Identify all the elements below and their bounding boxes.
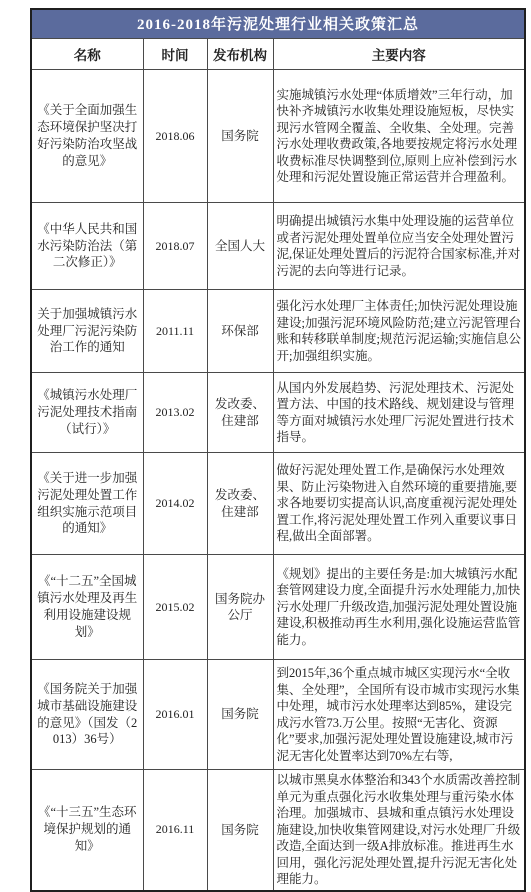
column-header-content: 主要内容: [273, 39, 525, 70]
policy-agency-cell: 国务院: [207, 70, 273, 203]
policy-time-cell: 2018.07: [143, 203, 207, 290]
policy-content-cell: 从国内外发展趋势、污泥处理技术、污泥处置方法、中国的技术路线、规划建设与管理等方…: [273, 373, 525, 453]
policy-content-cell: 以城市黑臭水体整治和343个水质需改善控制单元为重点强化污水收集处理与重污染水体…: [273, 770, 525, 891]
policy-name-cell: 《城镇污水处理厂污泥处理技术指南（试行）》: [31, 373, 143, 453]
policy-name-cell: 《关于进一步加强污泥处理处置工作组织实施示范项目的通知》: [31, 453, 143, 555]
policy-content-cell: 到2015年,36个重点城市城区实现污水“全收集、全处理”，全国所有设市城市实现…: [273, 660, 525, 770]
table-head: 2016-2018年污泥处理行业相关政策汇总 名称 时间 发布机构 主要内容: [31, 9, 525, 70]
policy-agency-cell: 发改委、住建部: [207, 453, 273, 555]
table-row: 《“十三五”生态环境保护规划的通知》2016.11国务院以城市黑臭水体整治和34…: [31, 770, 525, 891]
policy-agency-cell: 全国人大: [207, 203, 273, 290]
policy-name-cell: 《关于全面加强生态环境保护坚决打好污染防治攻坚战的意见》: [31, 70, 143, 203]
policy-content-cell: 做好污泥处理处置工作,是确保污水处理效果、防止污染物进入自然环境的重要措施,要求…: [273, 453, 525, 555]
policy-agency-cell: 环保部: [207, 290, 273, 373]
policy-time-cell: 2014.02: [143, 453, 207, 555]
policy-content-cell: 明确提出城镇污水集中处理设施的运营单位或者污泥处理处置单位应当安全处理处置污泥,…: [273, 203, 525, 290]
policy-content-cell: 《规划》提出的主要任务是:加大城镇污水配套管网建设力度,全面提升污水处理能力,加…: [273, 555, 525, 660]
table-row: 《“十二五”全国城镇污水处理及再生利用设施建设规划》2015.02国务院办公厅《…: [31, 555, 525, 660]
header-row: 名称 时间 发布机构 主要内容: [31, 39, 525, 70]
policy-name-cell: 关于加强城镇污水处理厂污泥污染防治工作的通知: [31, 290, 143, 373]
policy-agency-cell: 国务院: [207, 770, 273, 891]
column-header-name: 名称: [31, 39, 143, 70]
policy-name-cell: 《中华人民共和国水污染防治法（第二次修正）》: [31, 203, 143, 290]
table-row: 《国务院关于加强城市基础设施建设的意见》（国发（2013）36号）2016.01…: [31, 660, 525, 770]
policy-name-cell: 《“十三五”生态环境保护规划的通知》: [31, 770, 143, 891]
policy-time-cell: 2015.02: [143, 555, 207, 660]
column-header-agency: 发布机构: [207, 39, 273, 70]
policy-content-cell: 强化污水处理厂主体责任;加快污泥处理设施建设;加强污泥环境风险防范;建立污泥管理…: [273, 290, 525, 373]
policy-agency-cell: 国务院办公厅: [207, 555, 273, 660]
policy-time-cell: 2011.11: [143, 290, 207, 373]
policy-time-cell: 2013.02: [143, 373, 207, 453]
table-body: 《关于全面加强生态环境保护坚决打好污染防治攻坚战的意见》2018.06国务院实施…: [31, 70, 525, 891]
policy-table-container: 2016-2018年污泥处理行业相关政策汇总 名称 时间 发布机构 主要内容 《…: [30, 8, 526, 892]
table-row: 《城镇污水处理厂污泥处理技术指南（试行）》2013.02发改委、住建部从国内外发…: [31, 373, 525, 453]
table-title: 2016-2018年污泥处理行业相关政策汇总: [31, 9, 525, 39]
table-row: 关于加强城镇污水处理厂污泥污染防治工作的通知2011.11环保部强化污水处理厂主…: [31, 290, 525, 373]
policy-agency-cell: 发改委、住建部: [207, 373, 273, 453]
policy-content-cell: 实施城镇污水处理“体质增效”三年行动，加快补齐城镇污水收集处理设施短板，尽快实现…: [273, 70, 525, 203]
table-row: 《关于进一步加强污泥处理处置工作组织实施示范项目的通知》2014.02发改委、住…: [31, 453, 525, 555]
title-row: 2016-2018年污泥处理行业相关政策汇总: [31, 9, 525, 39]
policy-time-cell: 2016.01: [143, 660, 207, 770]
policy-name-cell: 《“十二五”全国城镇污水处理及再生利用设施建设规划》: [31, 555, 143, 660]
policy-agency-cell: 国务院: [207, 660, 273, 770]
policy-name-cell: 《国务院关于加强城市基础设施建设的意见》（国发（2013）36号）: [31, 660, 143, 770]
table-row: 《关于全面加强生态环境保护坚决打好污染防治攻坚战的意见》2018.06国务院实施…: [31, 70, 525, 203]
policy-time-cell: 2016.11: [143, 770, 207, 891]
column-header-time: 时间: [143, 39, 207, 70]
policy-time-cell: 2018.06: [143, 70, 207, 203]
table-row: 《中华人民共和国水污染防治法（第二次修正）》2018.07全国人大明确提出城镇污…: [31, 203, 525, 290]
policy-table: 2016-2018年污泥处理行业相关政策汇总 名称 时间 发布机构 主要内容 《…: [30, 8, 526, 892]
